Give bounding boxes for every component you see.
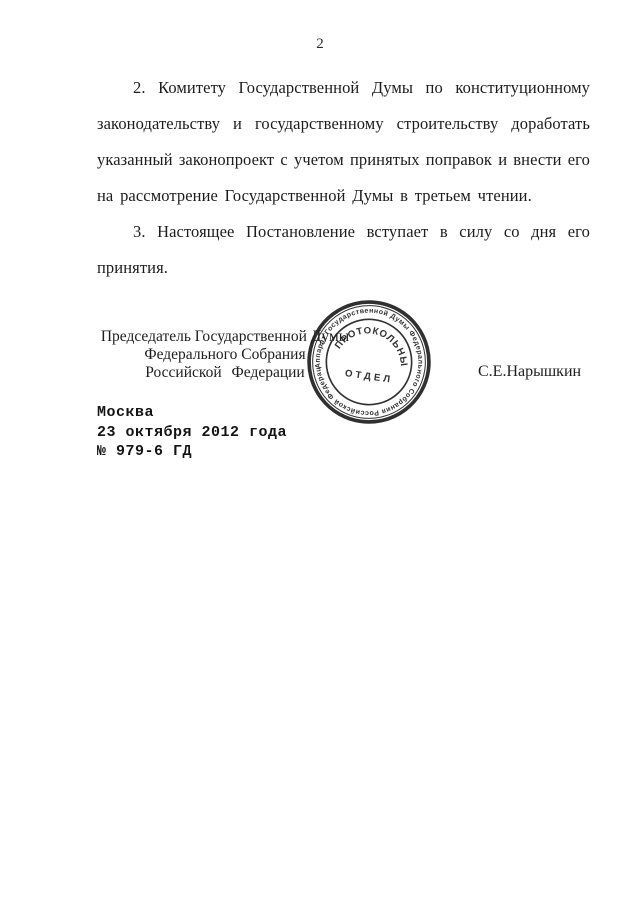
body-text: 2. Комитету Государственной Думы по конс… (97, 70, 590, 286)
footer-date: 23 октября 2012 года (97, 423, 287, 443)
protocol-department-stamp-icon: Аппарат Государственной Думы Федеральног… (304, 297, 434, 427)
body-line: принятия. (97, 250, 590, 286)
body-line: на рассмотрение Государственной Думы в т… (97, 178, 590, 214)
footer-city: Москва (97, 403, 287, 423)
body-line: указанный законопроект с учетом принятых… (97, 142, 590, 178)
page-number: 2 (0, 36, 640, 53)
body-line: 3. Настоящее Постановление вступает в си… (97, 214, 590, 250)
signature-name: С.Е.Нарышкин (478, 363, 581, 381)
document-page: 2 2. Комитету Государственной Думы по ко… (0, 0, 640, 905)
footer-document-number: № 979-6 ГД (97, 442, 287, 462)
body-line: 2. Комитету Государственной Думы по конс… (97, 70, 590, 106)
stamp-center-line2: ОТДЕЛ (344, 368, 393, 386)
body-line: законодательству и государственному стро… (97, 106, 590, 142)
date-block: Москва 23 октября 2012 года № 979-6 ГД (97, 403, 287, 462)
